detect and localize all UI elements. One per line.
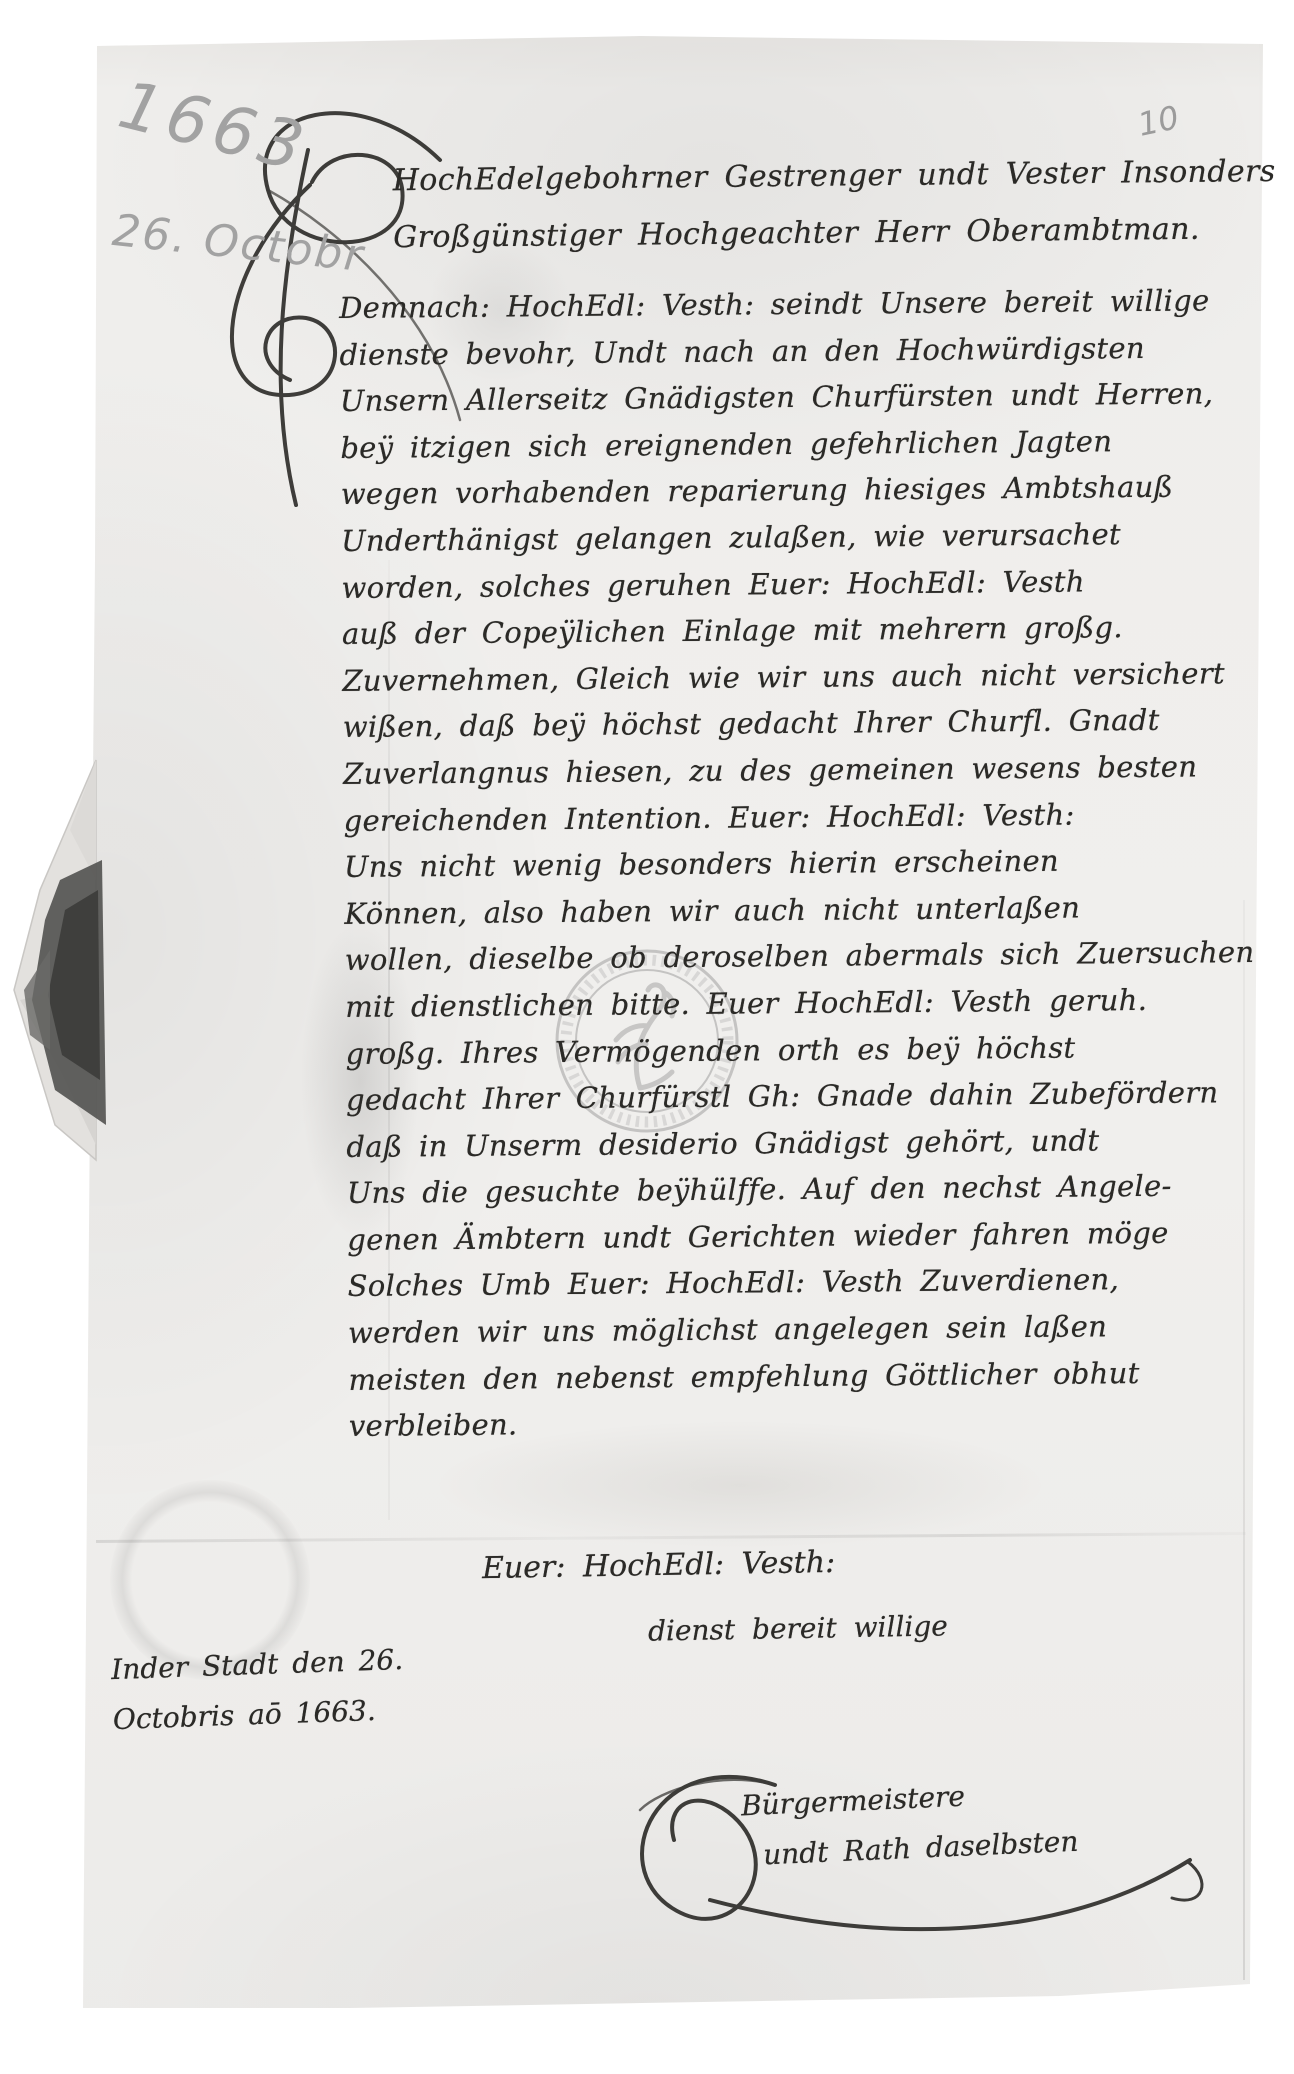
closing-line: dienst bereit willige [648,1609,948,1647]
body-line: wollen, dieselbe ob deroselben abermals … [345,929,1245,983]
body-line: daß in Unserm desiderio Gnädigst gehört,… [346,1116,1246,1170]
body-line: Uns nicht wenig besonders hierin erschei… [344,836,1244,890]
body-line: Underthänigst gelangen zulaßen, wie veru… [341,510,1241,564]
closing-line: Euer: HochEdl: Vesth: [482,1545,836,1586]
body-line: gedacht Ihrer Churfürstl Gh: Gnade dahin… [346,1069,1246,1123]
body-line: Demnach: HochEdl: Vesth: seindt Unsere b… [339,277,1239,331]
body-line: gereichenden Intention. Euer: HochEdl: V… [343,790,1243,844]
body-line: meisten den nebenst empfehlung Göttliche… [348,1349,1248,1403]
body-line: auß der Copeÿlichen Einlage mit mehrern … [342,603,1242,657]
salutation-line: Großgünstiger Hochgeachter Herr Oberambt… [393,201,1194,266]
body-line: beÿ itzigen sich ereignenden gefehrliche… [340,417,1240,471]
body-line: wißen, daß beÿ höchst gedacht Ihrer Chur… [343,696,1243,750]
body-line: Unsern Allerseitz Gnädigsten Churfürsten… [340,370,1240,424]
signature-block: Bürgermeistere undt Rath daselbsten [740,1767,1079,1882]
body-line: Zuvernehmen, Gleich wie wir uns auch nic… [342,650,1242,704]
body-line: werden wir uns möglichst angelegen sein … [348,1302,1248,1356]
body-line: wegen vorhabenden reparierung hiesiges A… [341,463,1241,517]
salutation-block: HochEdelgebohrner Gestrenger undt Vester… [392,144,1193,266]
dateline-block: Inder Stadt den 26. Octobris aō 1663. [110,1635,405,1745]
salutation-line: HochEdelgebohrner Gestrenger undt Vester… [392,144,1193,209]
body-line: Solches Umb Euer: HochEdl: Vesth Zuverdi… [347,1256,1247,1310]
body-line: verbleiben. [349,1395,1249,1449]
wax-seal-remnant [10,850,125,1150]
body-line: worden, solches geruhen Euer: HochEdl: V… [341,557,1241,611]
body-line: großg. Ihres Vermögenden orth es beÿ höc… [345,1023,1245,1077]
body-line: Können, also haben wir auch nicht unterl… [344,883,1244,937]
dateline-line: Octobris aō 1663. [112,1685,406,1745]
scanned-document: 1663 26. Octobr 10 HochEdelgebohrner Ges… [0,0,1294,2074]
body-line: dienste bevohr, Undt nach an den Hochwür… [339,324,1239,378]
letter-body: Demnach: HochEdl: Vesth: seindt Unsere b… [339,277,1249,1450]
body-line: genen Ämbtern undt Gerichten wieder fahr… [347,1209,1247,1263]
body-line: Zuverlangnus hiesen, zu des gemeinen wes… [343,743,1243,797]
body-line: mit dienstlichen bitte. Euer HochEdl: Ve… [345,976,1245,1030]
body-line: Uns die gesuchte beÿhülffe. Auf den nech… [347,1162,1247,1216]
